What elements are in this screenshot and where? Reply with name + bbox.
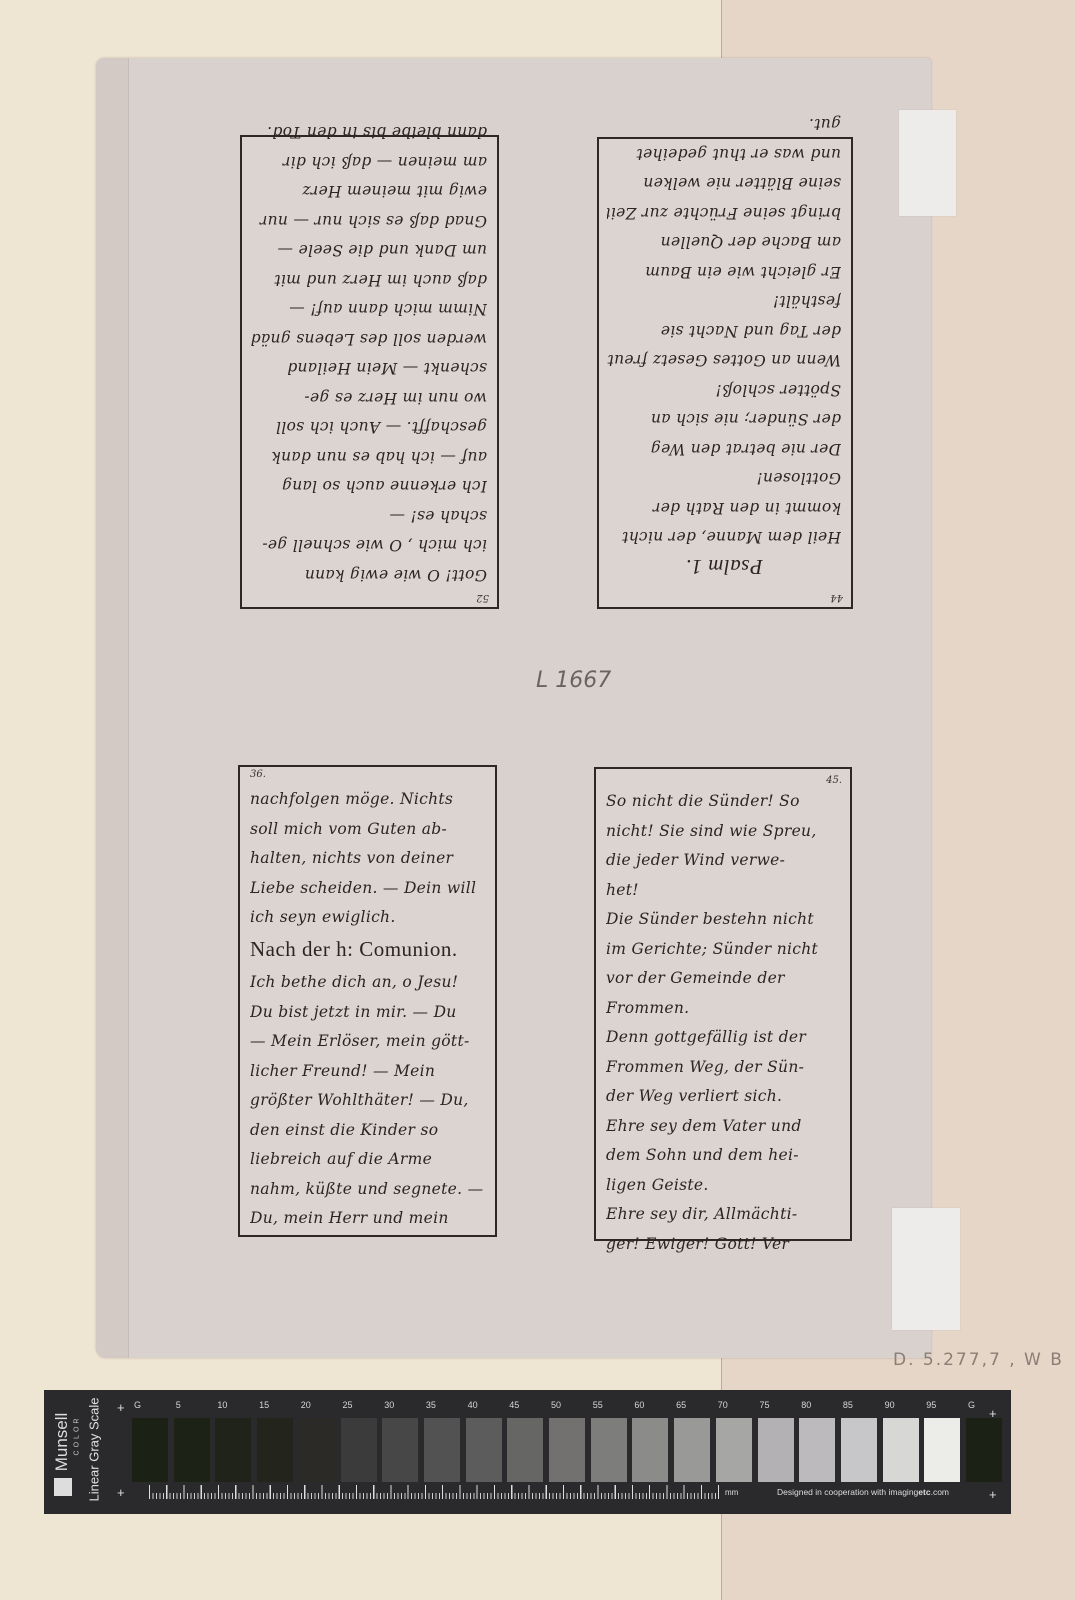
- patch-label: 35: [426, 1400, 436, 1410]
- text-line: ligen Geiste.: [606, 1171, 842, 1201]
- text-line: ger! Ewiger! Gott! Ver: [606, 1230, 842, 1260]
- gray-patch: [382, 1418, 418, 1482]
- text-line: schenkt — Mein Heiland: [250, 353, 487, 383]
- text-line: — Mein Erlöser, mein gött-: [250, 1027, 487, 1057]
- text-line: der Sünder; nie sich an: [607, 404, 841, 434]
- text-line: halten, nichts von deiner: [250, 844, 487, 874]
- gray-patch: [716, 1418, 752, 1482]
- gray-patch: [924, 1418, 960, 1482]
- text-line: der Tag und Nacht sie: [607, 316, 841, 346]
- page-number: 52: [476, 592, 489, 603]
- gray-patch: [883, 1418, 919, 1482]
- gray-patch: [257, 1418, 293, 1482]
- text-line: um Dank und die Seele —: [250, 235, 487, 265]
- text-line: geschafft. — Auch ich soll: [250, 412, 487, 442]
- text-line: Ich erkenne auch so lang: [250, 471, 487, 501]
- tape-strip-bottom: [892, 1208, 960, 1330]
- registration-mark: +: [117, 1400, 125, 1415]
- text-line: Gnad daß es sich nur — nur: [250, 206, 487, 236]
- text-line: schah es! —: [250, 501, 487, 531]
- text-line: ewig mit meinem Herz: [250, 176, 487, 206]
- mm-ruler-major-ticks: [149, 1485, 719, 1499]
- text-line: Frommen Weg, der Sün-: [606, 1053, 842, 1083]
- patch-label: 20: [301, 1400, 311, 1410]
- page-text: So nicht die Sünder! Sonicht! Sie sind w…: [606, 787, 842, 1259]
- text-line: nachfolgen möge. Nichts: [250, 785, 487, 815]
- text-line: auf — ich hab es nun dank: [250, 442, 487, 472]
- catalog-number: D. 5.277,7 , W B: [893, 1350, 1064, 1370]
- text-line: Ehre sey dem Vater und: [606, 1112, 842, 1142]
- gray-patch: [841, 1418, 877, 1482]
- text-line: Wenn an Gottes Gesetz freut: [607, 345, 841, 375]
- gray-patch: [632, 1418, 668, 1482]
- text-line: größter Wohlthäter! — Du,: [250, 1086, 487, 1116]
- patch-label: 5: [176, 1400, 181, 1410]
- patch-label: G: [134, 1400, 141, 1410]
- text-line: seine Blätter nie welken: [607, 168, 841, 198]
- ruler-unit: mm: [725, 1488, 738, 1497]
- patch-label: 55: [593, 1400, 603, 1410]
- text-line: und was er thut gedeihet: [607, 139, 841, 169]
- text-line: dann bleibe bis in den Tod.: [250, 117, 487, 147]
- text-line: Liebe scheiden. — Dein will: [250, 874, 487, 904]
- gray-patch: [341, 1418, 377, 1482]
- page-number: 44: [830, 592, 843, 603]
- text-line: Frommen.: [606, 994, 842, 1024]
- text-line: vor der Gemeinde der: [606, 964, 842, 994]
- scale-title: Linear Gray Scale: [87, 1380, 102, 1520]
- patch-label: 75: [760, 1400, 770, 1410]
- page-top-left: 52 Gott! O wie ewig kannich mich , O wie…: [240, 135, 499, 609]
- text-line: dem Sohn und dem hei-: [606, 1141, 842, 1171]
- text-line: nicht! Sie sind wie Spreu,: [606, 817, 842, 847]
- page-number: 45.: [826, 775, 842, 786]
- gray-patch: [424, 1418, 460, 1482]
- patch-label: 90: [885, 1400, 895, 1410]
- text-line: die jeder Wind verwe-: [606, 846, 842, 876]
- gray-scale-target: Munsell COLOR Linear Gray Scale + + + + …: [44, 1390, 1011, 1514]
- text-line: den einst die Kinder so: [250, 1116, 487, 1146]
- brand-subtitle: COLOR: [74, 1386, 81, 1486]
- text-line: Ehre sey dir, Allmächti-: [606, 1200, 842, 1230]
- tape-strip-top: [899, 110, 956, 216]
- patch-label: 30: [384, 1400, 394, 1410]
- text-line: Er gleicht wie ein Baum: [607, 257, 841, 287]
- page-bottom-right: 45. So nicht die Sünder! Sonicht! Sie si…: [594, 767, 852, 1241]
- text-line: ich seyn ewiglich.: [250, 903, 487, 933]
- gray-patch: [549, 1418, 585, 1482]
- gray-patch: [799, 1418, 835, 1482]
- gray-patch: [507, 1418, 543, 1482]
- psalm-title: Psalm 1.: [607, 552, 841, 582]
- text-line: daß auch im Herz und mit: [250, 265, 487, 295]
- shelfmark-label: L 1667: [536, 668, 611, 693]
- page-top-right: 44 Psalm 1. Heil dem Manne, der nichtkom…: [597, 137, 853, 609]
- text-line: gut.: [607, 109, 841, 139]
- patch-label: 10: [217, 1400, 227, 1410]
- patch-label: 70: [718, 1400, 728, 1410]
- text-line: Die Sünder bestehn nicht: [606, 905, 842, 935]
- patch-label: 15: [259, 1400, 269, 1410]
- text-line: Ich bethe dich an, o Jesu!: [250, 968, 487, 998]
- patch-label: 50: [551, 1400, 561, 1410]
- page-bottom-left: 36. nachfolgen möge. Nichtssoll mich vom…: [238, 765, 497, 1237]
- text-line: Du, mein Herr und mein: [250, 1204, 487, 1234]
- text-line: am Bache der Quellen: [607, 227, 841, 257]
- text-line: Nimm mich dann auf! —: [250, 294, 487, 324]
- text-line: festhält!: [607, 286, 841, 316]
- text-line: am meinen — daß ich dir: [250, 147, 487, 177]
- gray-patch: [466, 1418, 502, 1482]
- text-line: Denn gottgefällig ist der: [606, 1023, 842, 1053]
- sheet-deckle-edge: [96, 58, 129, 1358]
- registration-mark: +: [989, 1487, 997, 1502]
- gray-patch: [966, 1418, 1002, 1482]
- text-line: soll mich vom Guten ab-: [250, 815, 487, 845]
- patch-label: 95: [926, 1400, 936, 1410]
- page-text: Gott! O wie ewig kannich mich , O wie sc…: [250, 117, 487, 589]
- text-line: Spötter schloß!: [607, 375, 841, 405]
- patch-label: 85: [843, 1400, 853, 1410]
- text-line: het!: [606, 876, 842, 906]
- text-line: Heil dem Manne, der nicht: [607, 522, 841, 552]
- munsell-logo: Munsell COLOR: [52, 1402, 88, 1502]
- patch-label: 80: [801, 1400, 811, 1410]
- gray-patch: [758, 1418, 794, 1482]
- text-line: nahm, küßte und segnete. —: [250, 1175, 487, 1205]
- text-line: Gottlosen!: [607, 463, 841, 493]
- gray-patch: [299, 1418, 335, 1482]
- gray-patch: [174, 1418, 210, 1482]
- gray-patch: [215, 1418, 251, 1482]
- patch-label: 25: [343, 1400, 353, 1410]
- text-line: der Weg verliert sich.: [606, 1082, 842, 1112]
- patch-label: 40: [468, 1400, 478, 1410]
- section-heading: Nach der h: Comunion.: [250, 935, 487, 965]
- brand-name: Munsell: [52, 1392, 72, 1492]
- gray-patch: [674, 1418, 710, 1482]
- patch-label: G: [968, 1400, 975, 1410]
- gray-patch: [591, 1418, 627, 1482]
- text-line: wo nun im Herz es ge-: [250, 383, 487, 413]
- text-line: Gott! O wie ewig kann: [250, 560, 487, 590]
- text-line: ich mich , O wie schnell ge-: [250, 530, 487, 560]
- credit-line: Designed in cooperation with imagingetc.…: [777, 1487, 949, 1497]
- text-line: Du bist jetzt in mir. — Du: [250, 998, 487, 1028]
- text-line: werden soll des Lebens gnädig: [250, 324, 487, 354]
- text-line: im Gerichte; Sünder nicht: [606, 935, 842, 965]
- page-text: nachfolgen möge. Nichtssoll mich vom Gut…: [250, 785, 487, 1234]
- text-line: bringt seine Früchte zur Zeit;: [607, 198, 841, 228]
- text-line: So nicht die Sünder! So: [606, 787, 842, 817]
- text-line: licher Freund! — Mein: [250, 1057, 487, 1087]
- registration-mark: +: [117, 1485, 125, 1500]
- text-line: kommt in den Rath der: [607, 493, 841, 523]
- page-text: Psalm 1. Heil dem Manne, der nichtkommt …: [607, 109, 841, 581]
- text-line: liebreich auf die Arme: [250, 1145, 487, 1175]
- gray-patch: [132, 1418, 168, 1482]
- patch-label: 65: [676, 1400, 686, 1410]
- text-line: Der nie betrat den Weg: [607, 434, 841, 464]
- page-number: 36.: [250, 769, 266, 780]
- patch-label: 60: [634, 1400, 644, 1410]
- patch-label: 45: [509, 1400, 519, 1410]
